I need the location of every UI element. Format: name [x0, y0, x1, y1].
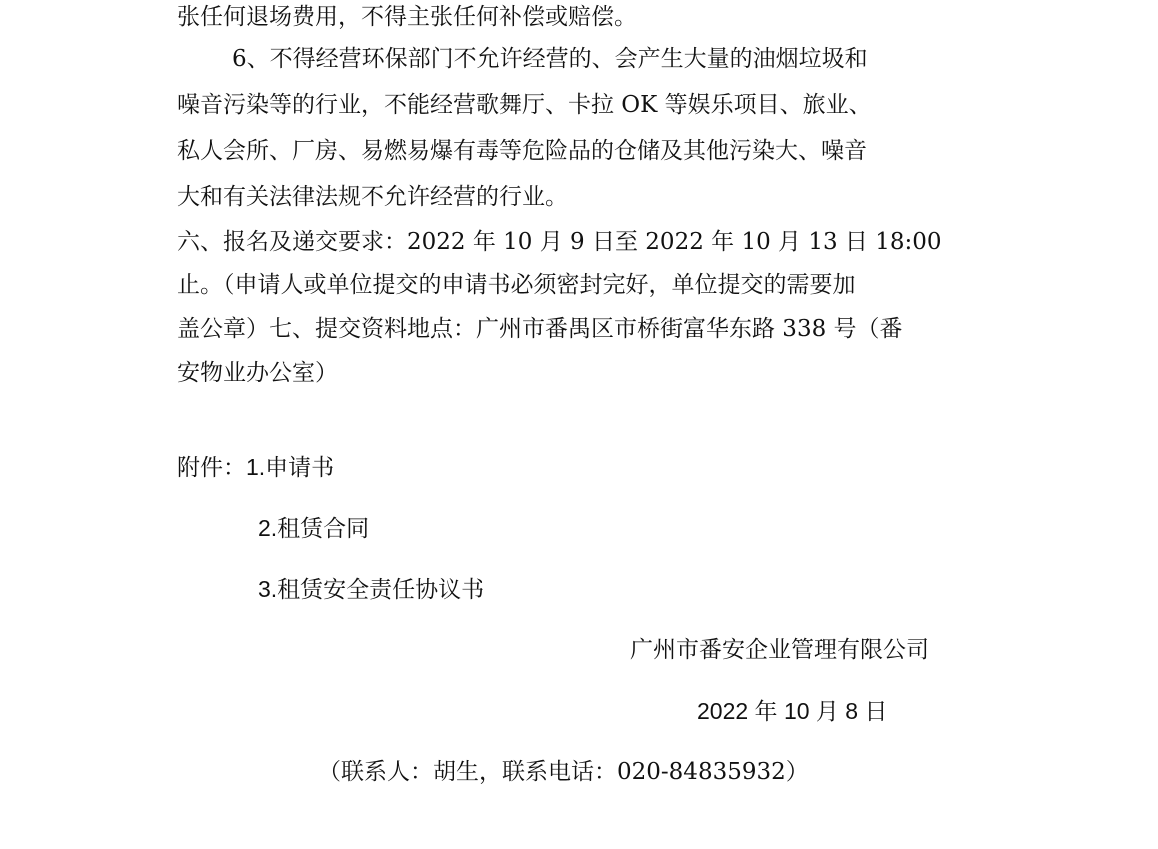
paragraph-line: 噪音污染等的行业，不能经营歌舞厅、卡拉 OK 等娱乐项目、旅业、 [177, 90, 872, 120]
paragraph-line: 私人会所、厂房、易燃易爆有毒等危险品的仓储及其他污染大、噪音 [177, 136, 867, 166]
clause-6-line: 6、不得经营环保部门不允许经营的、会产生大量的油烟垃圾和 [232, 44, 868, 74]
paragraph-line: 大和有关法律法规不允许经营的行业。 [177, 182, 568, 212]
attachments-block: 附件：1.申请书 [177, 452, 334, 483]
document-page: 张任何退场费用，不得主张任何补偿或赔偿。 6、不得经营环保部门不允许经营的、会产… [0, 0, 1158, 849]
signature-company: 广州市番安企业管理有限公司 [630, 635, 929, 665]
paragraph-line: 安物业办公室） [177, 358, 338, 388]
contact-info: （联系人：胡生，联系电话：020-84835932） [318, 757, 809, 787]
attachment-item: 3.租赁安全责任协议书 [258, 574, 484, 604]
paragraph-line: 止。（申请人或单位提交的申请书必须密封完好，单位提交的需要加 [177, 270, 856, 300]
attachment-item: 2.租赁合同 [258, 513, 369, 543]
attachments-label: 附件： [177, 455, 246, 481]
signature-date: 2022 年 10 月 8 日 [697, 696, 888, 726]
section-6-heading-line: 六、报名及递交要求：2022 年 10 月 9 日至 2022 年 10 月 1… [177, 227, 942, 257]
submission-address-line: 盖公章）七、提交资料地点：广州市番禺区市桥街富华东路 338 号（番 [177, 314, 903, 344]
paragraph-line: 张任何退场费用，不得主张任何补偿或赔偿。 [177, 2, 637, 32]
attachment-item: 1.申请书 [246, 454, 334, 480]
